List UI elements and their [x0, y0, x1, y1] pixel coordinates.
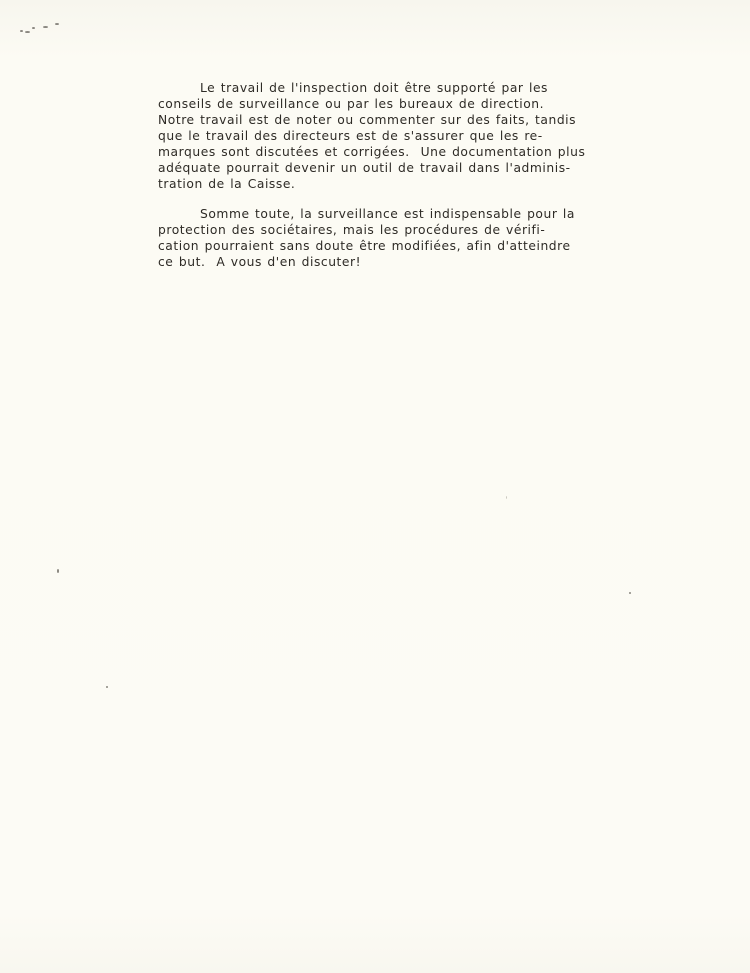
paragraph-2: Somme toute, la surveillance est indispe…	[158, 206, 628, 270]
text-line: adéquate pourrait devenir un outil de tr…	[158, 160, 628, 176]
text-line: conseils de surveillance ou par les bure…	[158, 96, 628, 112]
text-line: Somme toute, la surveillance est indispe…	[158, 206, 628, 222]
paper-speck	[629, 592, 631, 594]
text-line: ce but. A vous d'en discuter!	[158, 254, 628, 270]
paragraph-1: Le travail de l'inspection doit être sup…	[158, 80, 628, 192]
text-line: protection des sociétaires, mais les pro…	[158, 222, 628, 238]
text-line: Le travail de l'inspection doit être sup…	[158, 80, 628, 96]
paper-speck	[506, 496, 507, 499]
text-line: cation pourraient sans doute être modifi…	[158, 238, 628, 254]
text-line: Notre travail est de noter ou commenter …	[158, 112, 628, 128]
paper-speck	[106, 686, 108, 688]
corner-handwritten-mark	[18, 22, 62, 36]
text-line: que le travail des directeurs est de s'a…	[158, 128, 628, 144]
paper-speck	[57, 569, 59, 573]
text-line: tration de la Caisse.	[158, 176, 628, 192]
typed-text: Le travail de l'inspection doit être sup…	[158, 80, 628, 270]
text-line: marques sont discutées et corrigées. Une…	[158, 144, 628, 160]
document-page: Le travail de l'inspection doit être sup…	[0, 0, 750, 973]
